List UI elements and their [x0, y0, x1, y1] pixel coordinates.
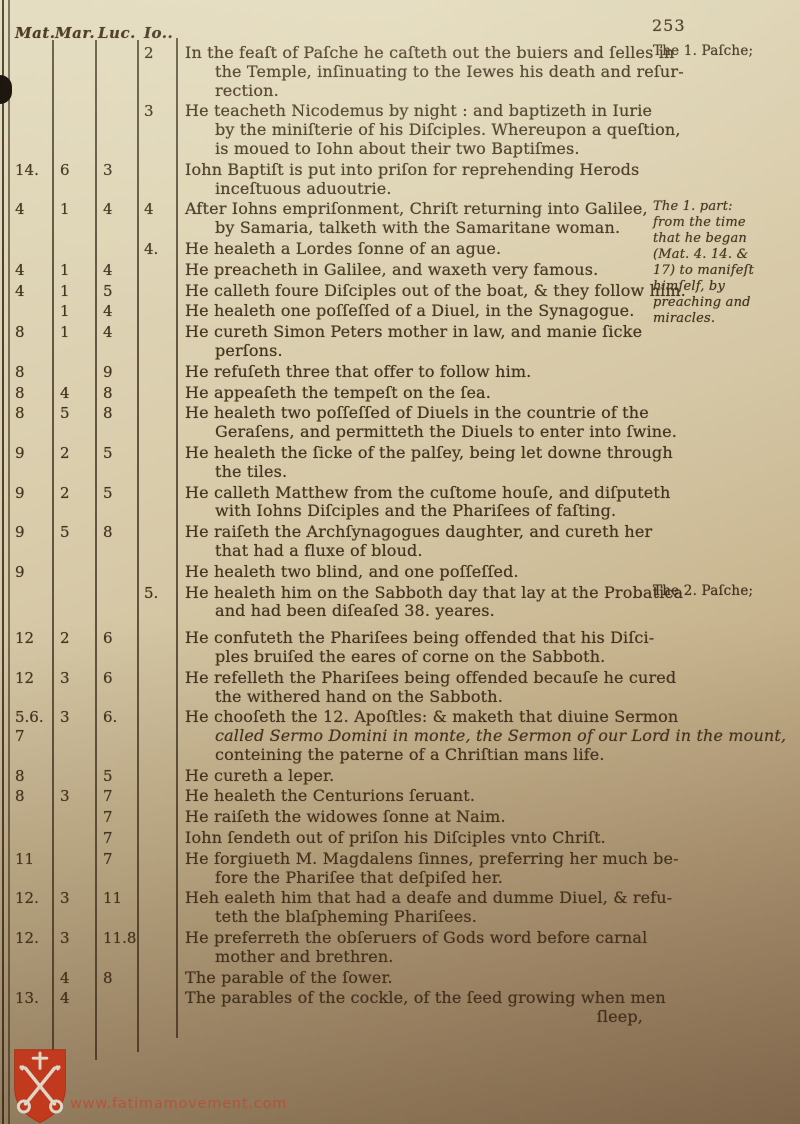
table-row: 1 4 He healeth one poſſeſſed of a Diuel,…: [0, 302, 800, 321]
mat-chapter-ref: 12: [0, 669, 52, 688]
event-text: Iohn ſendeth out of priſon his Diſciples…: [185, 829, 665, 848]
event-text: After Iohns empriſonment, Chriſt returni…: [185, 200, 665, 238]
mat-chapter-ref: 9: [0, 484, 52, 503]
event-text: He healeth him on the Sabboth day that l…: [185, 584, 665, 622]
mat-chapter-ref: 8: [0, 363, 52, 382]
mat-chapter-ref: 4: [0, 282, 52, 301]
mar-chapter-ref: 5: [52, 404, 95, 423]
io-chapter-ref: 4.: [137, 240, 185, 259]
luc-chapter-ref: 8: [95, 384, 137, 403]
mat-chapter-ref: 8: [0, 787, 52, 806]
event-line: Heh ealeth him that had a deafe and dumm…: [185, 889, 665, 908]
mat-chapter-ref: 12.: [0, 889, 52, 908]
event-line: by the miniſterie of his Diſciples. Wher…: [185, 121, 665, 140]
event-line: He healeth one poſſeſſed of a Diuel, in …: [185, 302, 665, 321]
mat-chapter-ref: 4: [0, 261, 52, 280]
event-text: Iohn Baptiſt is put into priſon for repr…: [185, 161, 665, 199]
table-row: 4 1 5 He calleth foure Diſciples out of …: [0, 282, 800, 301]
event-text: He cureth a leper.: [185, 767, 665, 786]
mar-chapter-ref: 2: [52, 484, 95, 503]
column-header-mar: Mar.: [55, 24, 95, 42]
table-row: 13. 4 The parables of the cockle, of the…: [0, 989, 800, 1027]
event-text: He healeth two poſſeſſed of Diuels in th…: [185, 404, 665, 442]
luc-chapter-ref: 6.: [95, 708, 137, 727]
column-header-luc: Luc.: [98, 24, 136, 42]
event-text: He confuteth the Phariſees being offende…: [185, 629, 665, 667]
mar-chapter-ref: 1: [52, 200, 95, 219]
table-row: 12. 3 11.8 He preferreth the obſeruers o…: [0, 929, 800, 967]
event-line: conteining the paterne of a Chriſtian ma…: [185, 746, 665, 765]
luc-chapter-ref: 3: [95, 161, 137, 180]
event-line: He raiſeth the Archſynagogues daughter, …: [185, 523, 665, 542]
event-line: He teacheth Nicodemus by night : and bap…: [185, 102, 665, 121]
scanned-book-page: 253 Mat. Mar. Luc. Io.. 2 In the feaſt o…: [0, 0, 800, 1124]
event-line: called Sermo Domini in monte, the Sermon…: [185, 727, 665, 746]
table-row: 12. 3 11 Heh ealeth him that had a deafe…: [0, 889, 800, 927]
luc-chapter-ref: 5: [95, 282, 137, 301]
table-row: 4 8 The parable of the ſower.: [0, 969, 800, 988]
event-line: inceſtuous aduoutrie.: [185, 180, 665, 199]
mat-chapter-ref: 9: [0, 523, 52, 542]
table-row: 8 5 8 He healeth two poſſeſſed of Diuels…: [0, 404, 800, 442]
table-row: 14. 6 3 Iohn Baptiſt is put into priſon …: [0, 161, 800, 199]
event-line: that had a fluxe of bloud.: [185, 542, 665, 561]
luc-chapter-ref: 8: [95, 523, 137, 542]
event-text: He preferreth the obſeruers of Gods word…: [185, 929, 665, 967]
event-line: the Temple, inſinuating to the Iewes his…: [185, 63, 665, 82]
table-row: 12 2 6 He confuteth the Phariſees being …: [0, 629, 800, 667]
luc-chapter-ref: 9: [95, 363, 137, 382]
event-line: the withered hand on the Sabboth.: [185, 688, 665, 707]
event-line: mother and brethren.: [185, 948, 665, 967]
event-text: He raiſeth the widowes ſonne at Naim.: [185, 808, 665, 827]
event-line: perſons.: [185, 342, 665, 361]
luc-chapter-ref: 8: [95, 404, 137, 423]
luc-chapter-ref: 5: [95, 767, 137, 786]
mar-chapter-ref: 2: [52, 629, 95, 648]
event-line: He calleth foure Diſciples out of the bo…: [185, 282, 665, 301]
margin-note: The 2. Paſche;: [653, 583, 799, 599]
table-row: 8 1 4 He cureth Simon Peters mother in l…: [0, 323, 800, 361]
table-row: 8 9 He refuſeth three that offer to foll…: [0, 363, 800, 382]
table-row: 4. He healeth a Lordes ſonne of an ague.: [0, 240, 800, 259]
mat-chapter-ref: 14.: [0, 161, 52, 180]
luc-chapter-ref: 7: [95, 808, 137, 827]
mat-chapter-ref: 4: [0, 200, 52, 219]
io-chapter-ref: 2: [137, 44, 185, 63]
mar-chapter-ref: 3: [52, 787, 95, 806]
luc-chapter-ref: 7: [95, 787, 137, 806]
table-row: 9 5 8 He raiſeth the Archſynagogues daug…: [0, 523, 800, 561]
event-table-body: 2 In the feaſt of Paſche he caſteth out …: [0, 44, 800, 1029]
io-chapter-ref: 3: [137, 102, 185, 121]
event-line: Iohn ſendeth out of priſon his Diſciples…: [185, 829, 665, 848]
mar-chapter-ref: 1: [52, 302, 95, 321]
watermark-url: www.fatimamovement.com: [70, 1096, 287, 1112]
event-text: He preacheth in Galilee, and waxeth very…: [185, 261, 665, 280]
luc-chapter-ref: 4: [95, 261, 137, 280]
event-text: He teacheth Nicodemus by night : and bap…: [185, 102, 665, 158]
mat-chapter-ref: 8: [0, 767, 52, 786]
table-row: 7 He raiſeth the widowes ſonne at Naim.: [0, 808, 800, 827]
table-row: 9 He healeth two blind, and one poſſeſſe…: [0, 563, 800, 582]
luc-chapter-ref: 4: [95, 200, 137, 219]
event-text: The parable of the ſower.: [185, 969, 665, 988]
table-row: 9 2 5 He healeth the ſicke of the palſey…: [0, 444, 800, 482]
event-text: He cureth Simon Peters mother in law, an…: [185, 323, 665, 361]
event-line: He healeth two blind, and one poſſeſſed.: [185, 563, 665, 582]
event-text: He chooſeth the 12. Apoſtles: & maketh t…: [185, 708, 665, 764]
luc-chapter-ref: 6: [95, 669, 137, 688]
event-text: He healeth the ſicke of the palſey, bein…: [185, 444, 665, 482]
table-row: 12 3 6 He refelleth the Phariſees being …: [0, 669, 800, 707]
event-line: He preferreth the obſeruers of Gods word…: [185, 929, 665, 948]
event-line: He raiſeth the widowes ſonne at Naim.: [185, 808, 665, 827]
event-text: He calleth Matthew from the cuſtome houſ…: [185, 484, 665, 522]
event-line: He chooſeth the 12. Apoſtles: & maketh t…: [185, 708, 665, 727]
event-line: ples bruiſed the eares of corne on the S…: [185, 648, 665, 667]
luc-chapter-ref: 8: [95, 969, 137, 988]
table-row: 8 3 7 He healeth the Centurions ſeruant.: [0, 787, 800, 806]
io-chapter-ref: 4: [137, 200, 185, 219]
mat-chapter-ref: 11: [0, 850, 52, 869]
event-line: After Iohns empriſonment, Chriſt returni…: [185, 200, 665, 219]
luc-chapter-ref: 4: [95, 302, 137, 321]
mar-chapter-ref: 4: [52, 969, 95, 988]
mar-chapter-ref: 6: [52, 161, 95, 180]
event-line: He healeth the Centurions ſeruant.: [185, 787, 665, 806]
mar-chapter-ref: 4: [52, 384, 95, 403]
mat-chapter-ref: 12.: [0, 929, 52, 948]
event-line: He healeth two poſſeſſed of Diuels in th…: [185, 404, 665, 423]
page-number: 253: [652, 16, 686, 35]
event-line: He healeth a Lordes ſonne of an ague.: [185, 240, 665, 259]
event-text: He calleth foure Diſciples out of the bo…: [185, 282, 665, 301]
table-row: 9 2 5 He calleth Matthew from the cuſtom…: [0, 484, 800, 522]
column-header-io: Io..: [144, 24, 173, 42]
event-line: The parables of the cockle, of the ſeed …: [185, 989, 665, 1008]
event-line: by Samaria, talketh with the Samaritane …: [185, 219, 665, 238]
mar-chapter-ref: 3: [52, 669, 95, 688]
event-line: He refelleth the Phariſees being offende…: [185, 669, 665, 688]
event-line: He cureth Simon Peters mother in law, an…: [185, 323, 665, 342]
event-line: ſleep,: [185, 1008, 665, 1027]
table-row: 2 In the feaſt of Paſche he caſteth out …: [0, 44, 800, 100]
column-header-mat: Mat.: [15, 24, 55, 42]
mar-chapter-ref: 3: [52, 929, 95, 948]
event-text: He forgiueth M. Magdalens ſinnes, prefer…: [185, 850, 665, 888]
event-text: He refuſeth three that offer to follow h…: [185, 363, 665, 382]
mar-chapter-ref: 1: [52, 323, 95, 342]
mar-chapter-ref: 1: [52, 282, 95, 301]
luc-chapter-ref: 4: [95, 323, 137, 342]
mat-chapter-ref: 12: [0, 629, 52, 648]
event-line: the tiles.: [185, 463, 665, 482]
mat-chapter-ref: 8: [0, 323, 52, 342]
mat-chapter-ref: 5.6. 7: [0, 708, 52, 746]
event-line: and had been diſeaſed 38. yeares.: [185, 602, 665, 621]
event-line: He cureth a leper.: [185, 767, 665, 786]
event-text: The parables of the cockle, of the ſeed …: [185, 989, 665, 1027]
event-line: He healeth him on the Sabboth day that l…: [185, 584, 665, 603]
event-line: The parable of the ſower.: [185, 969, 665, 988]
event-text: He healeth two blind, and one poſſeſſed.: [185, 563, 665, 582]
event-line: Geraſens, and permitteth the Diuels to e…: [185, 423, 665, 442]
mar-chapter-ref: 4: [52, 989, 95, 1008]
event-line: teth the blaſpheming Phariſees.: [185, 908, 665, 927]
luc-chapter-ref: 11.8: [95, 929, 137, 948]
mat-chapter-ref: 8: [0, 384, 52, 403]
event-text: He healeth a Lordes ſonne of an ague.: [185, 240, 665, 259]
event-text: He raiſeth the Archſynagogues daughter, …: [185, 523, 665, 561]
event-text: He appeaſeth the tempeſt on the ſea.: [185, 384, 665, 403]
mat-chapter-ref: 8: [0, 404, 52, 423]
table-row: 8 4 8 He appeaſeth the tempeſt on the ſe…: [0, 384, 800, 403]
event-line: He preacheth in Galilee, and waxeth very…: [185, 261, 665, 280]
event-text: He healeth one poſſeſſed of a Diuel, in …: [185, 302, 665, 321]
luc-chapter-ref: 5: [95, 444, 137, 463]
luc-chapter-ref: 6: [95, 629, 137, 648]
event-text: He refelleth the Phariſees being offende…: [185, 669, 665, 707]
mar-chapter-ref: 5: [52, 523, 95, 542]
luc-chapter-ref: 7: [95, 829, 137, 848]
event-line: He healeth the ſicke of the palſey, bein…: [185, 444, 665, 463]
event-line: He forgiueth M. Magdalens ſinnes, prefer…: [185, 850, 665, 869]
event-line: is moued to Iohn about their two Baptiſm…: [185, 140, 665, 159]
margin-note: The 1. Paſche;: [653, 43, 799, 59]
event-line: He appeaſeth the tempeſt on the ſea.: [185, 384, 665, 403]
table-row: 5. He healeth him on the Sabboth day tha…: [0, 584, 800, 622]
event-text: In the feaſt of Paſche he caſteth out th…: [185, 44, 665, 100]
luc-chapter-ref: 5: [95, 484, 137, 503]
luc-chapter-ref: 11: [95, 889, 137, 908]
shield-crossed-keys-icon: [12, 1048, 68, 1124]
event-line: fore the Phariſee that deſpiſed her.: [185, 869, 665, 888]
mar-chapter-ref: 2: [52, 444, 95, 463]
event-line: He calleth Matthew from the cuſtome houſ…: [185, 484, 665, 503]
table-row: 4 1 4 He preacheth in Galilee, and waxet…: [0, 261, 800, 280]
table-row: 4 1 4 4 After Iohns empriſonment, Chriſt…: [0, 200, 800, 238]
mat-chapter-ref: 9: [0, 563, 52, 582]
mar-chapter-ref: 3: [52, 708, 95, 727]
event-line: He confuteth the Phariſees being offende…: [185, 629, 665, 648]
table-row: 5.6. 7 3 6. He chooſeth the 12. Apoſtles…: [0, 708, 800, 764]
event-line: He refuſeth three that offer to follow h…: [185, 363, 665, 382]
table-row: 7 Iohn ſendeth out of priſon his Diſcipl…: [0, 829, 800, 848]
event-line: with Iohns Diſciples and the Phariſees o…: [185, 502, 665, 521]
event-line: In the feaſt of Paſche he caſteth out th…: [185, 44, 665, 63]
mat-chapter-ref: 9: [0, 444, 52, 463]
mat-chapter-ref: 13.: [0, 989, 52, 1008]
event-line: rection.: [185, 82, 665, 101]
table-row: 11 7 He forgiueth M. Magdalens ſinnes, p…: [0, 850, 800, 888]
event-text: Heh ealeth him that had a deafe and dumm…: [185, 889, 665, 927]
table-row: 8 5 He cureth a leper.: [0, 767, 800, 786]
mar-chapter-ref: 1: [52, 261, 95, 280]
luc-chapter-ref: 7: [95, 850, 137, 869]
event-text: He healeth the Centurions ſeruant.: [185, 787, 665, 806]
mar-chapter-ref: 3: [52, 889, 95, 908]
table-row: 3 He teacheth Nicodemus by night : and b…: [0, 102, 800, 158]
io-chapter-ref: 5.: [137, 584, 185, 603]
event-line: Iohn Baptiſt is put into priſon for repr…: [185, 161, 665, 180]
